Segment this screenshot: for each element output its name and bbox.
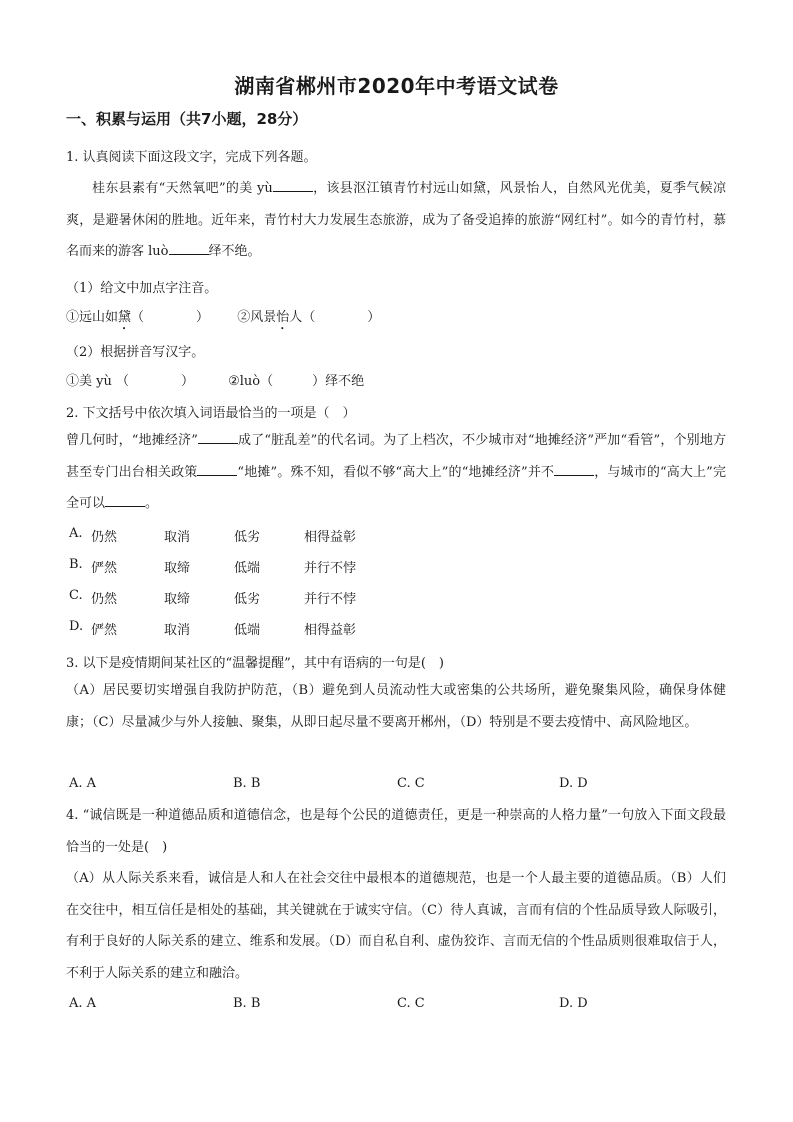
dotted-char: 黛 (118, 310, 131, 325)
option-word: 低端 (234, 619, 260, 638)
item-text: ②luò（ ）绎不绝 (228, 374, 364, 389)
passage-text: 桂东县素有“天然氧吧”的美 yù (92, 181, 273, 196)
option-label: A. (69, 526, 83, 541)
option-c: C. C (397, 996, 425, 1011)
option-c: C. C (397, 776, 425, 791)
passage-text: 。 (145, 496, 158, 511)
item-text: ①美 yù （ ） (66, 374, 194, 389)
answer-paren: （ ） (131, 310, 209, 325)
option-word: 并行不悖 (304, 588, 356, 607)
answer-paren: 人（ ） (289, 310, 380, 325)
item-text: ①远山如 (66, 310, 118, 325)
option-word: 取消 (164, 526, 190, 545)
option-b: B. B (233, 776, 260, 791)
option-word: 相得益彰 (304, 526, 356, 545)
option-label: D. (69, 619, 83, 634)
option-word: 取缔 (164, 588, 190, 607)
option-d: D. D (559, 776, 588, 791)
option-a: A. A (69, 996, 96, 1011)
option-word: 低劣 (234, 588, 260, 607)
question-1-sub1-items: ①远山如黛（ ） ②风景怡人（ ） (66, 306, 380, 333)
option-word: 取缔 (164, 557, 190, 576)
question-1-passage: 桂东县素有“天然氧吧”的美 yù，该县沤江镇青竹村远山如黛，风景怡人，自然风光优… (66, 173, 726, 268)
option-word: 取消 (164, 619, 190, 638)
passage-text: 绎不绝。 (209, 244, 261, 259)
option-word: 并行不悖 (304, 557, 356, 576)
option-word: 俨然 (91, 557, 117, 576)
option-word: 仍然 (91, 588, 117, 607)
option-b: B. B (233, 996, 260, 1011)
passage-text: “地摊”。殊不知，看似不够“高大上”的“地摊经济”并不 (237, 465, 554, 480)
question-3-stem: 3. 以下是疫情期间某社区的“温馨提醒”，其中有语病的一句是( ) (66, 652, 444, 671)
question-2-stem: 2. 下文括号中依次填入词语最恰当的一项是（ ） (66, 402, 356, 421)
fill-blank (273, 179, 313, 192)
question-3-passage: （A）居民要切实增强自我防护防范，（B）避免到人员流动性大或密集的公共场所，避免… (66, 675, 726, 738)
fill-blank (105, 494, 145, 507)
option-word: 俨然 (91, 619, 117, 638)
option-word: 低端 (234, 557, 260, 576)
option-word: 相得益彰 (304, 619, 356, 638)
option-d: D. D (559, 996, 588, 1011)
question-1-stem: 1. 认真阅读下面这段文字，完成下列各题。 (66, 146, 317, 165)
option-label: C. (69, 588, 83, 603)
question-1-sub1-label: （1）给文中加点字注音。 (66, 277, 217, 296)
section-heading: 一、积累与运用（共7小题，28分） (66, 108, 307, 129)
fill-blank (554, 463, 594, 476)
fill-blank (198, 431, 238, 444)
question-4-stem: 4. “诚信既是一种道德品质和道德信念，也是每个公民的道德责任，更是一种崇高的人… (66, 800, 726, 863)
page-title: 湖南省郴州市2020年中考语文试卷 (0, 70, 793, 99)
dotted-char: 怡 (276, 310, 289, 325)
option-a: A. A (69, 776, 96, 791)
item-text: ②风景 (237, 310, 276, 325)
fill-blank (197, 463, 237, 476)
option-word: 低劣 (234, 526, 260, 545)
fill-blank (169, 242, 209, 255)
question-1-sub2-items: ①美 yù （ ） ②luò（ ）绎不绝 (66, 370, 364, 389)
option-word: 仍然 (91, 526, 117, 545)
question-2-passage: 曾几何时，“地摊经济”成了“脏乱差”的代名词。为了上档次，不少城市对“地摊经济”… (66, 425, 726, 520)
question-4-passage: （A）从人际关系来看，诚信是人和人在社会交往中最根本的道德规范，也是一个人最主要… (66, 863, 726, 989)
passage-text: 曾几何时，“地摊经济” (66, 433, 198, 448)
option-label: B. (69, 557, 83, 572)
question-1-sub2-label: （2）根据拼音写汉字。 (66, 341, 204, 360)
